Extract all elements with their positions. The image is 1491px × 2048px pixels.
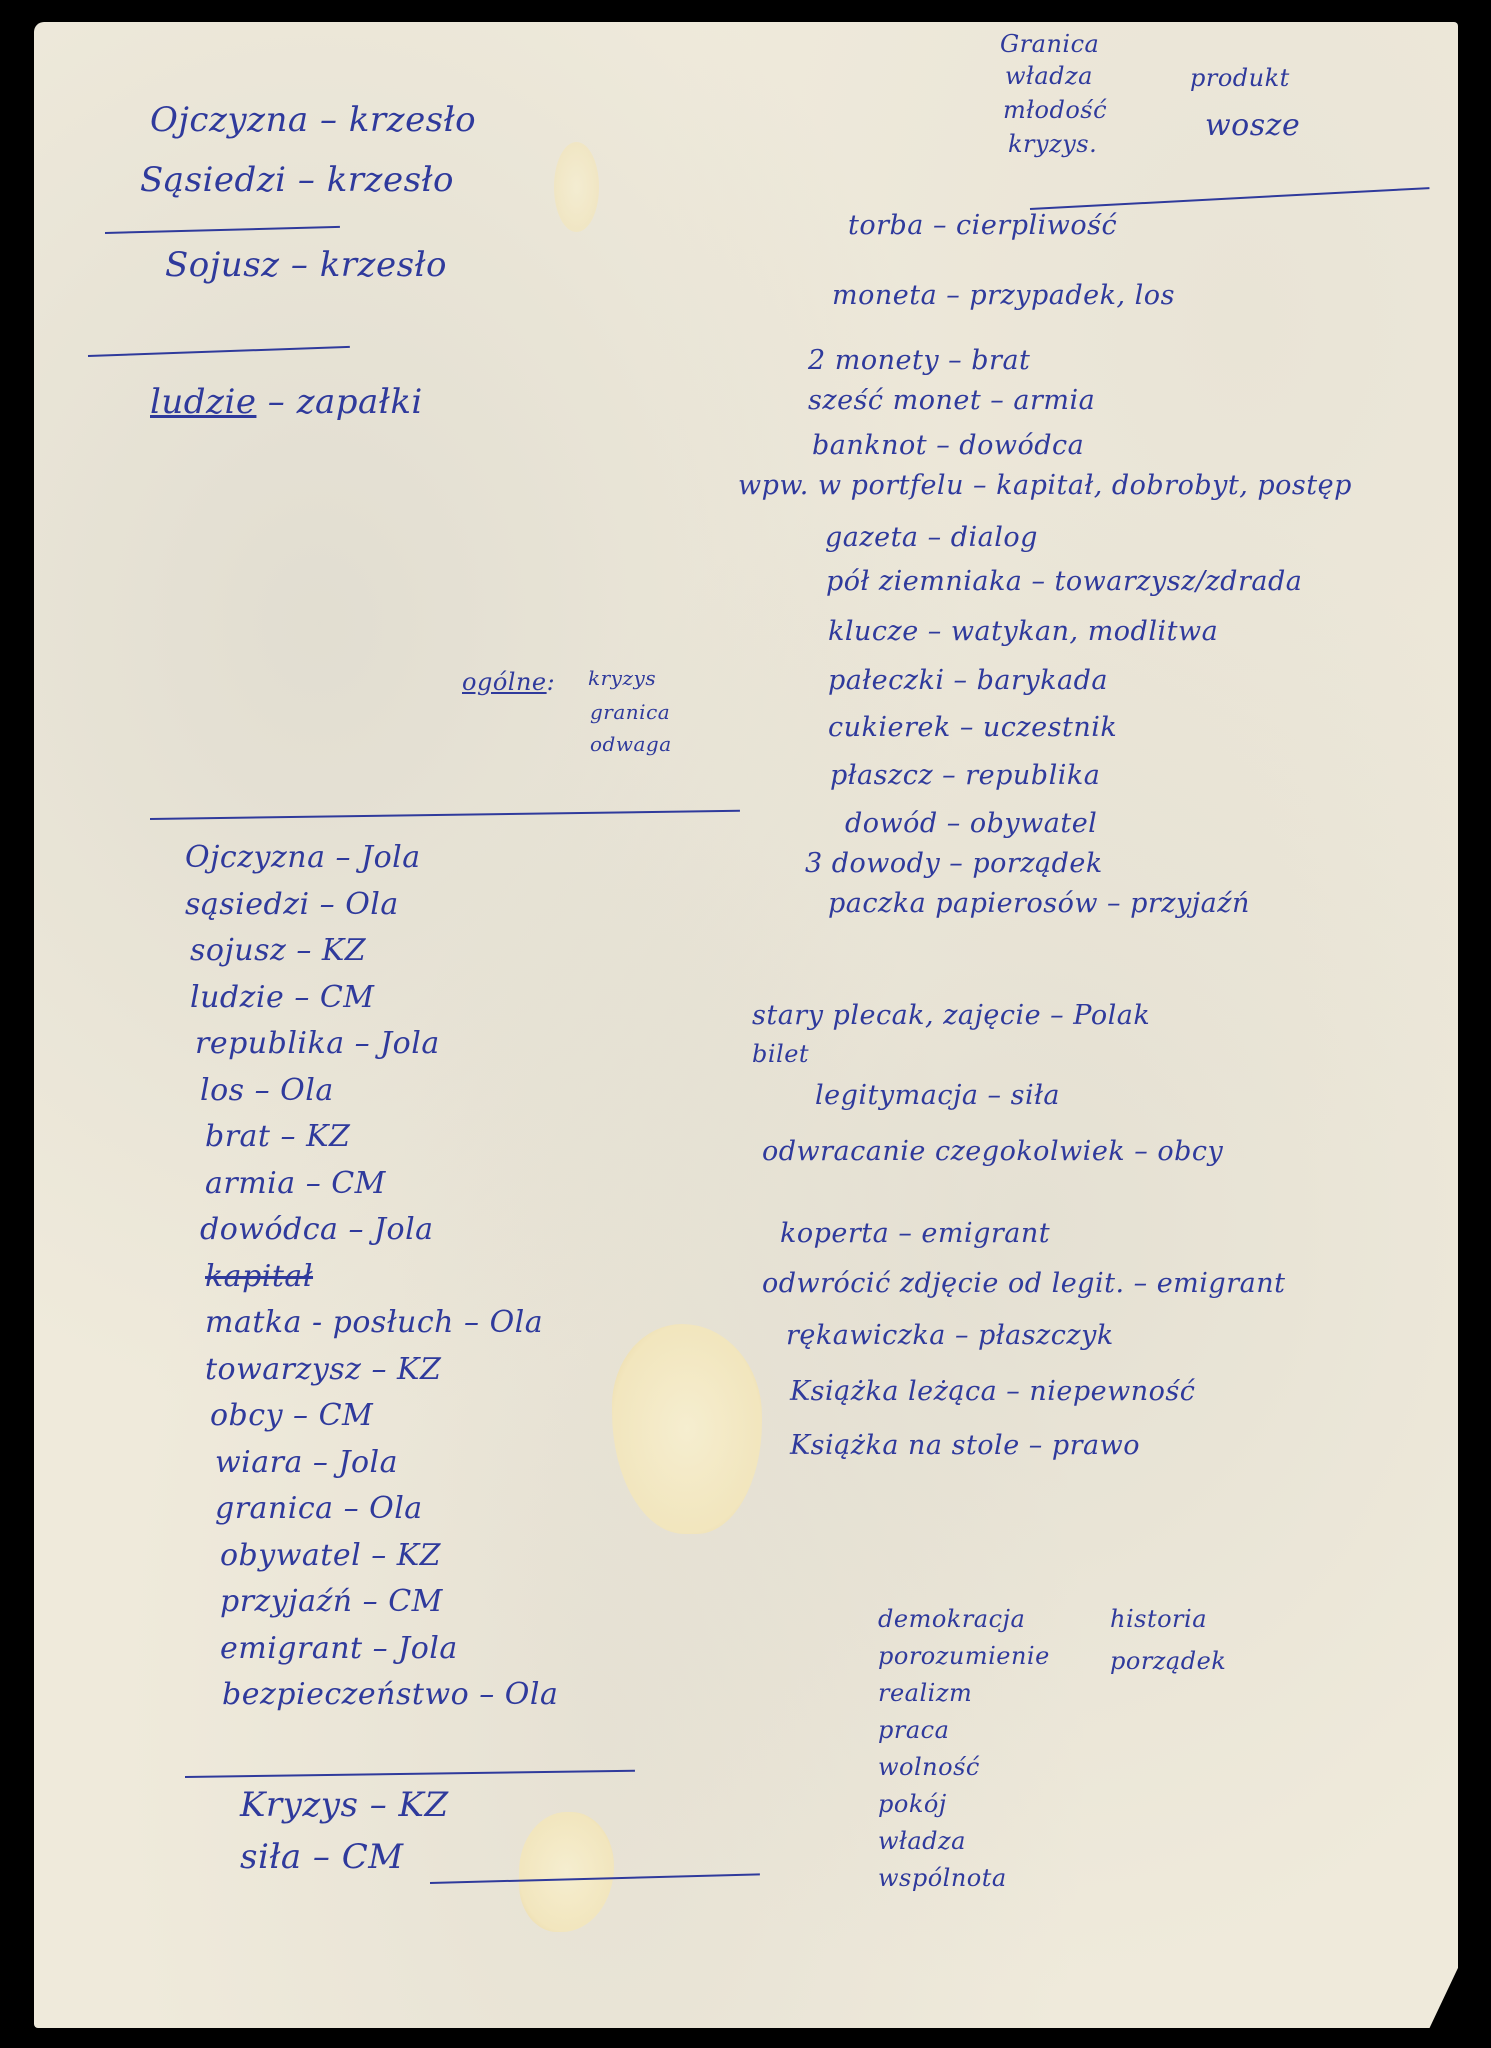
mapping-note: bilet	[752, 1040, 809, 1068]
mapping-entry: koperta – emigrant	[780, 1218, 1050, 1249]
assignment-entry: przyjaźń – CM	[220, 1584, 443, 1619]
mapping-entry: Książka leżąca – niepewność	[790, 1376, 1195, 1407]
general-label: ogólne:	[462, 668, 555, 696]
mapping-entry: klucze – watykan, modlitwa	[828, 616, 1218, 647]
mapping-entry: moneta – przypadek, los	[832, 280, 1175, 311]
assignment-entry: Ojczyzna – Jola	[185, 840, 421, 875]
mapping-entry: dowód – obywatel	[845, 808, 1097, 839]
paper-sheet	[34, 22, 1458, 2028]
concept-word: porozumienie	[878, 1642, 1050, 1670]
mapping-entry: legitymacja – siła	[815, 1080, 1060, 1111]
header-list-item: władza	[1005, 62, 1093, 90]
mapping-entry: płaszcz – republika	[830, 760, 1100, 791]
concept-word: pokój	[878, 1790, 947, 1818]
concept-word: wspólnota	[878, 1864, 1007, 1892]
concept-word: praca	[878, 1716, 949, 1744]
general-item: granica	[590, 700, 670, 724]
assignment-footer-entry: siła – CM	[240, 1837, 404, 1877]
header-list-item: Granica	[1000, 30, 1099, 58]
mapping-entry: stary plecak, zajęcie – Polak	[752, 1000, 1150, 1031]
coffee-stain	[612, 1324, 762, 1534]
assignment-entry: emigrant – Jola	[220, 1631, 458, 1666]
assignment-entry: los – Ola	[200, 1073, 334, 1108]
coffee-stain	[519, 1812, 614, 1932]
mapping-entry: 2 monety – brat	[808, 345, 1030, 376]
mapping-entry: torba – cierpliwość	[848, 210, 1117, 241]
assignment-entry: ludzie – CM	[190, 980, 375, 1015]
assignment-entry: armia – CM	[205, 1166, 386, 1201]
header-list-item: kryzys.	[1008, 130, 1097, 158]
concept-word: historia	[1110, 1605, 1207, 1633]
assignment-entry: towarzysz – KZ	[205, 1352, 441, 1387]
assignment-entry: wiara – Jola	[215, 1445, 398, 1480]
concept-word: wolność	[878, 1753, 980, 1781]
top-left-entry: ludzie – zapałki	[150, 382, 423, 422]
assignment-entry: granica – Ola	[215, 1491, 423, 1526]
mapping-entry: banknot – dowódca	[812, 430, 1084, 461]
mapping-entry: odwrócić zdjęcie od legit. – emigrant	[762, 1268, 1285, 1299]
general-item: kryzys	[588, 666, 656, 690]
assignment-entry: republika – Jola	[195, 1026, 440, 1061]
assignment-entry: brat – KZ	[205, 1119, 350, 1154]
mapping-entry: wpw. w portfelu – kapitał, dobrobyt, pos…	[738, 470, 1352, 501]
assignment-footer-entry: Kryzys – KZ	[240, 1785, 449, 1825]
coffee-stain	[554, 142, 599, 232]
mapping-entry: odwracanie czegokolwiek – obcy	[762, 1136, 1223, 1167]
assignment-entry: dowódca – Jola	[200, 1212, 434, 1247]
assignment-entry: bezpieczeństwo – Ola	[222, 1677, 558, 1712]
concept-word: porządek	[1110, 1647, 1226, 1675]
mapping-entry: Książka na stole – prawo	[790, 1430, 1140, 1461]
general-item: odwaga	[590, 732, 672, 756]
top-left-entry: Sojusz – krzesło	[165, 245, 447, 285]
header-side-label: produkt	[1190, 64, 1290, 92]
assignment-entry: obcy – CM	[210, 1398, 373, 1433]
mapping-entry: pół ziemniaka – towarzysz/zdrada	[826, 566, 1302, 597]
assignment-entry: sojusz – KZ	[190, 933, 366, 968]
assignment-entry: sąsiedzi – Ola	[185, 887, 399, 922]
mapping-entry: sześć monet – armia	[808, 385, 1095, 416]
header-list-item: młodość	[1003, 96, 1107, 124]
top-left-entry: Sąsiedzi – krzesło	[140, 160, 454, 200]
header-side-word: wosze	[1205, 108, 1300, 143]
mapping-entry: 3 dowody – porządek	[805, 848, 1103, 879]
assignment-entry: obywatel – KZ	[220, 1538, 441, 1573]
top-left-entry: Ojczyzna – krzesło	[150, 100, 476, 140]
mapping-entry: cukierek – uczestnik	[828, 712, 1117, 743]
assignment-entry: kapitał	[205, 1259, 313, 1294]
mapping-entry: gazeta – dialog	[825, 522, 1038, 553]
assignment-entry: matka - posłuch – Ola	[205, 1305, 543, 1340]
mapping-entry: rękawiczka – płaszczyk	[786, 1320, 1114, 1351]
mapping-entry: pałeczki – barykada	[828, 665, 1108, 696]
concept-word: demokracja	[878, 1605, 1025, 1633]
concept-word: realizm	[878, 1679, 972, 1707]
concept-word: władza	[878, 1827, 966, 1855]
mapping-entry: paczka papierosów – przyjaźń	[828, 888, 1250, 919]
